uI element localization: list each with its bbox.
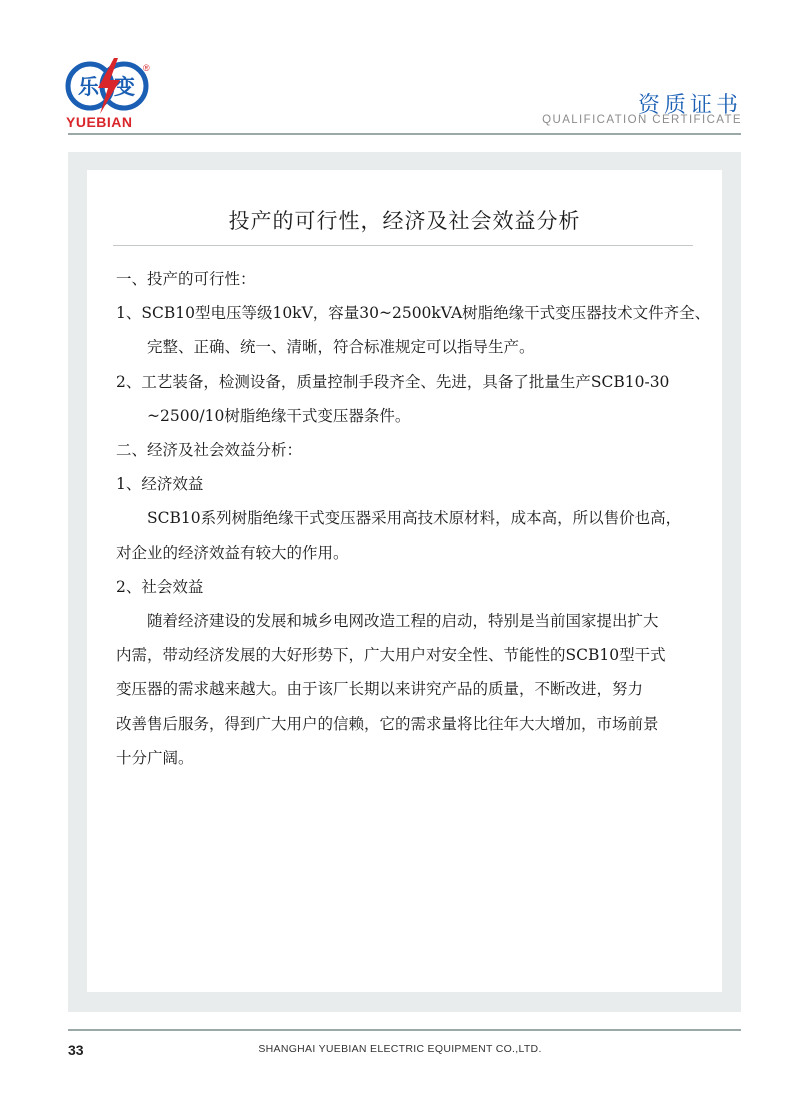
footer-divider — [68, 1029, 741, 1031]
document-body: 一、投产的可行性： 1、SCB10型电压等级10kV，容量30~2500kVA树… — [116, 262, 696, 775]
paragraph-line: 内需，带动经济发展的大好形势下，广大用户对安全性、节能性的SCB10型干式 — [116, 638, 696, 672]
header-divider — [68, 133, 741, 135]
section-heading: 二、经济及社会效益分析： — [116, 433, 696, 467]
list-item-continuation: 完整、正确、统一、清晰，符合标准规定可以指导生产。 — [116, 330, 696, 364]
logo-char-le: 乐 — [78, 75, 100, 99]
title-divider — [113, 245, 693, 246]
list-item: 2、工艺装备，检测设备，质量控制手段齐全、先进，具备了批量生产SCB10-30 — [116, 365, 696, 399]
paragraph-line: 改善售后服务，得到广大用户的信赖，它的需求量将比往年大大增加，市场前景 — [116, 707, 696, 741]
list-item-continuation: ~2500/10树脂绝缘干式变压器条件。 — [116, 399, 696, 433]
document-title: 投产的可行性，经济及社会效益分析 — [87, 205, 722, 235]
paragraph-line: 十分广阔。 — [116, 741, 696, 775]
brand-name: YUEBIAN — [66, 114, 133, 130]
paragraph-line: 随着经济建设的发展和城乡电网改造工程的启动，特别是当前国家提出扩大 — [116, 604, 696, 638]
list-item: 1、SCB10型电压等级10kV，容量30~2500kVA树脂绝缘干式变压器技术… — [116, 296, 696, 330]
logo-char-bian: 变 — [114, 75, 135, 99]
subsection-heading: 2、社会效益 — [116, 570, 696, 604]
paragraph-line: SCB10系列树脂绝缘干式变压器采用高技术原材料，成本高，所以售价也高， — [116, 501, 696, 535]
document-paper: 投产的可行性，经济及社会效益分析 一、投产的可行性： 1、SCB10型电压等级1… — [87, 170, 722, 992]
subsection-heading: 1、经济效益 — [116, 467, 696, 501]
paragraph-line: 对企业的经济效益有较大的作用。 — [116, 536, 696, 570]
registered-mark: ® — [143, 63, 150, 73]
paragraph-line: 变压器的需求越来越大。由于该厂长期以来讲究产品的质量，不断改进，努力 — [116, 672, 696, 706]
footer-company: SHANGHAI YUEBIAN ELECTRIC EQUIPMENT CO.,… — [0, 1043, 800, 1055]
section-heading: 一、投产的可行性： — [116, 262, 696, 296]
header-title-en: QUALIFICATION CERTIFICATE — [542, 114, 742, 126]
